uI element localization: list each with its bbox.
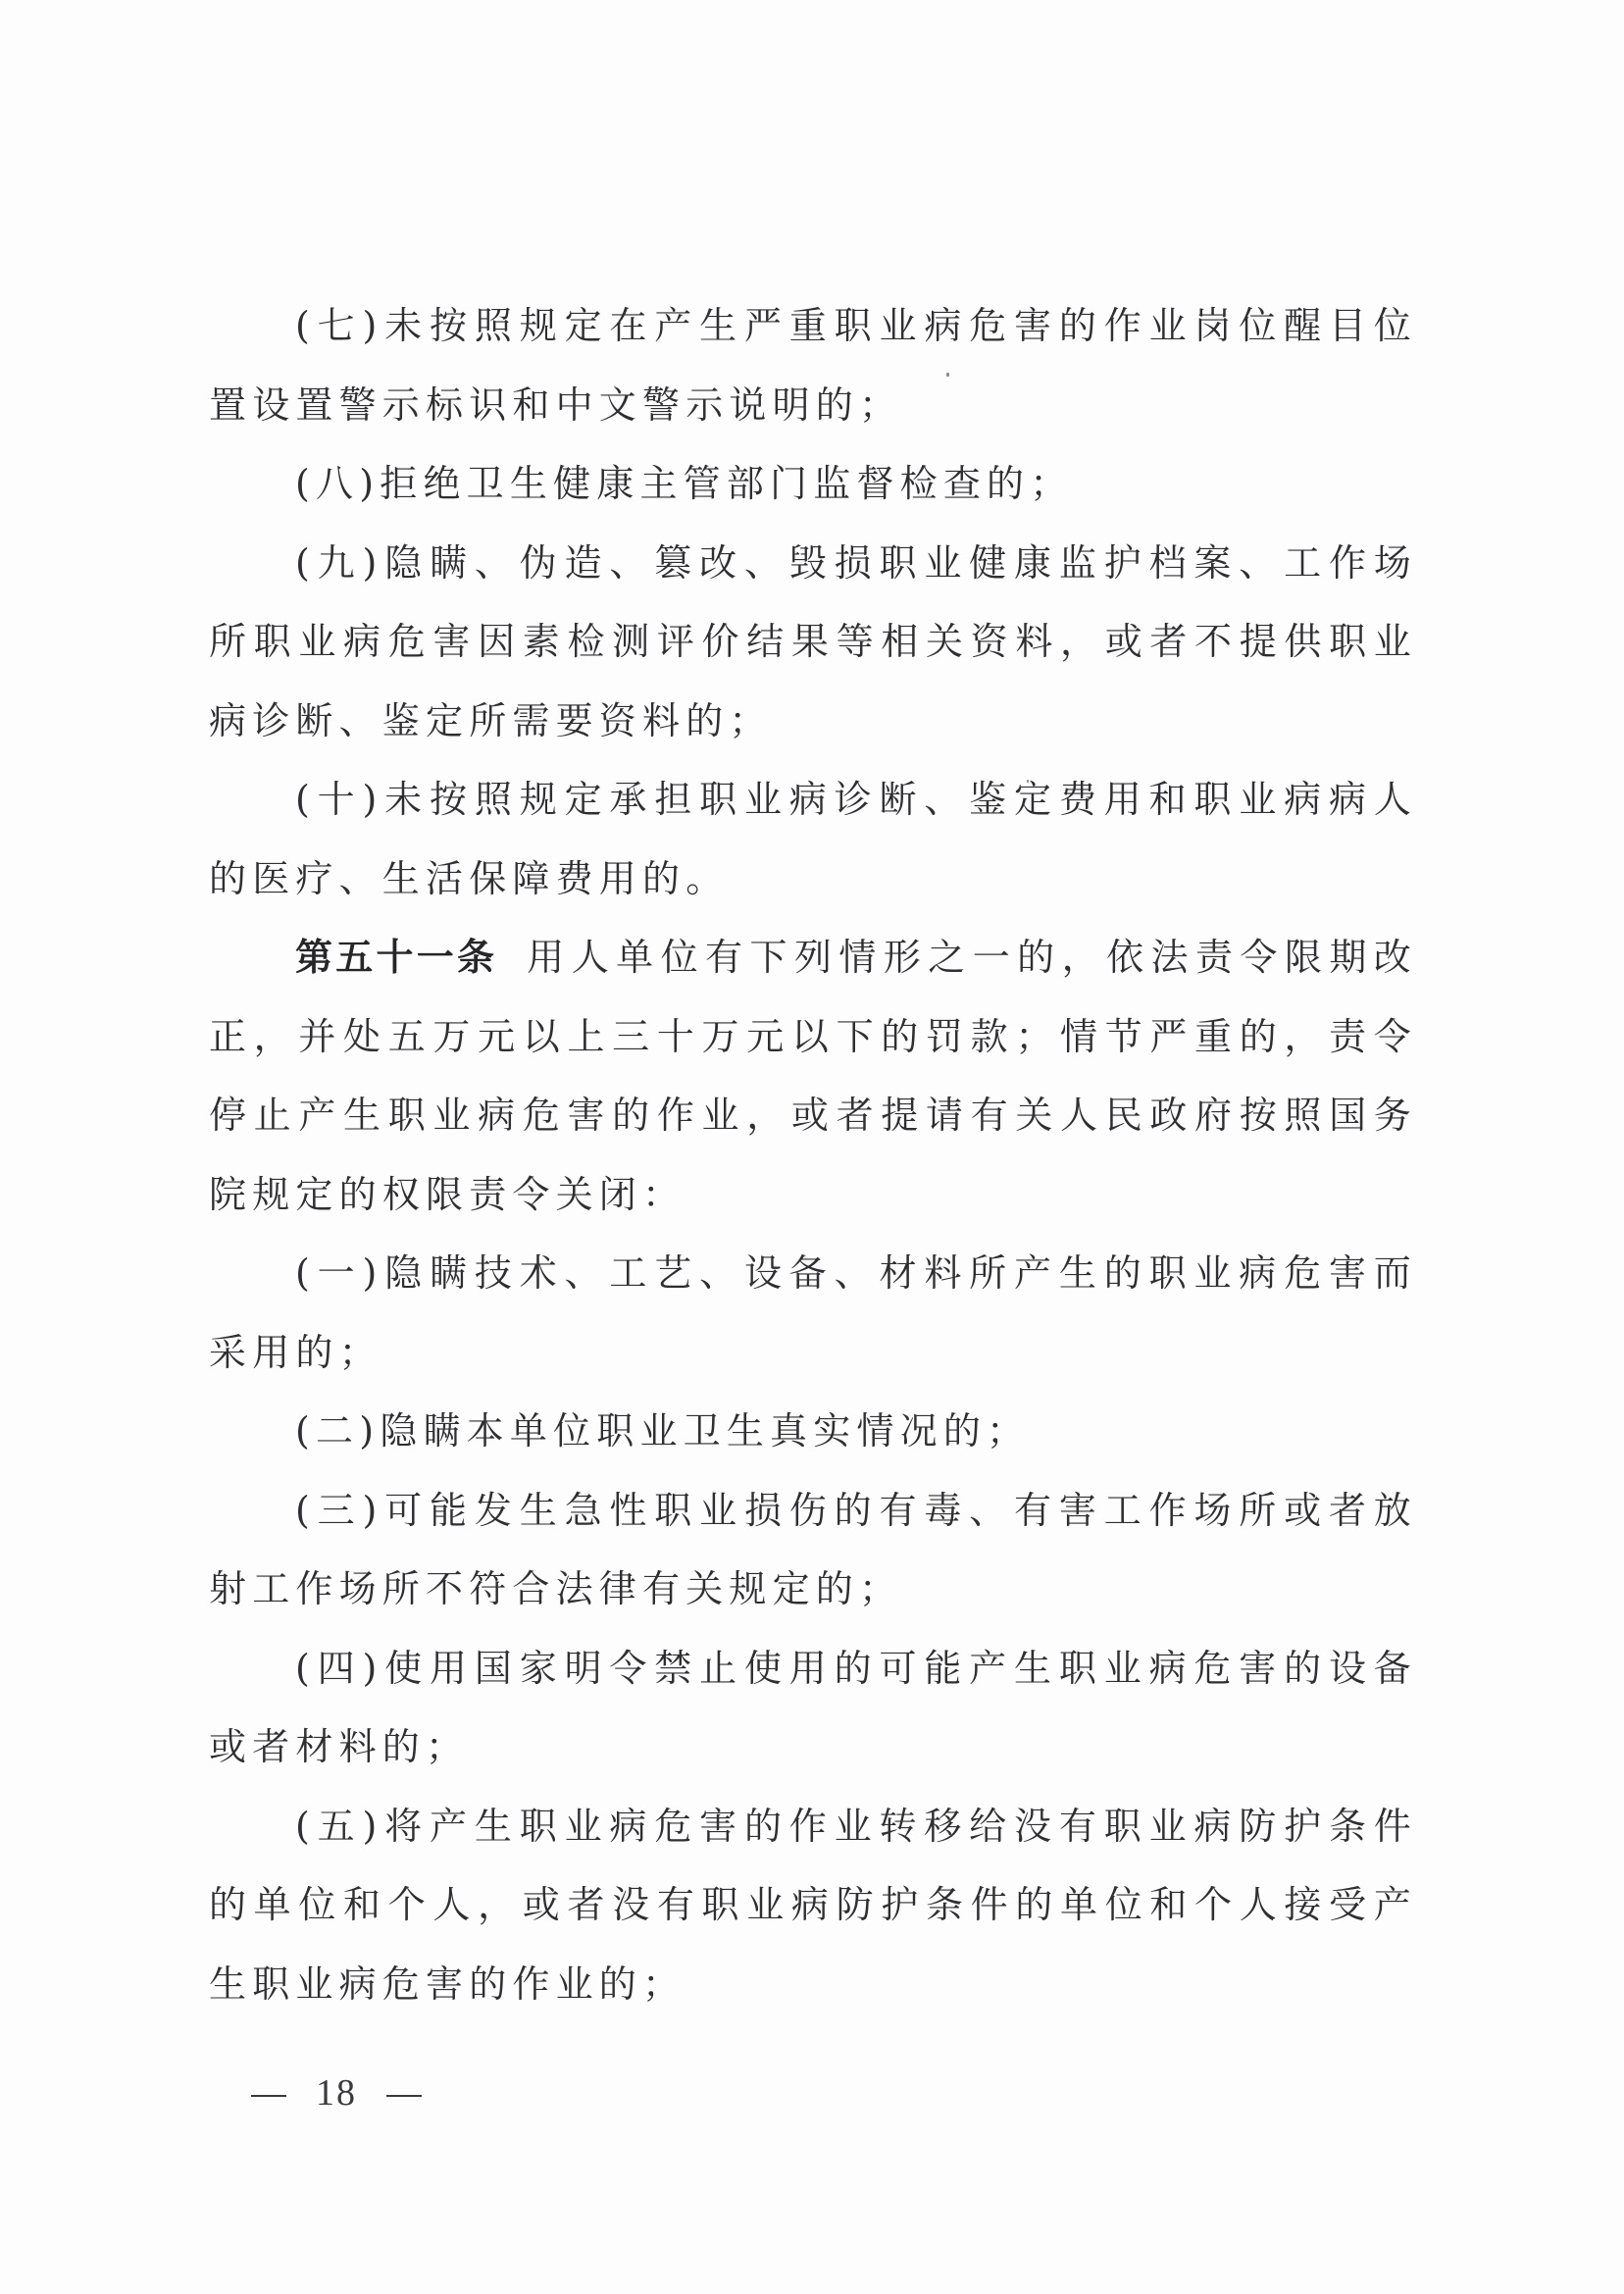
paragraph-text: (十)未按照规定承担职业病诊断、鉴定费用和职业病病人的医疗、生活保障费用的。	[209, 778, 1417, 900]
paragraph-text: (四)使用国家明令禁止使用的可能产生职业病危害的设备或者材料的；	[209, 1647, 1417, 1769]
document-body: (七)未按照规定在产生严重职业病危害的作业岗位醒目位置设置警示标识和中文警示说明…	[209, 286, 1417, 2023]
list-item-7: (七)未按照规定在产生严重职业病危害的作业岗位醒目位置设置警示标识和中文警示说明…	[209, 286, 1417, 444]
article-51-list-item-3: (三)可能发生急性职业损伤的有毒、有害工作场所或者放射工作场所不符合法律有关规定…	[209, 1471, 1417, 1629]
page-number-dash-left	[251, 2095, 286, 2097]
paragraph-text: (九)隐瞒、伪造、篡改、毁损职业健康监护档案、工作场所职业病危害因素检测评价结果…	[209, 541, 1417, 742]
article-51-list-item-1: (一)隐瞒技术、工艺、设备、材料所产生的职业病危害而采用的；	[209, 1234, 1417, 1392]
list-item-10: (十)未按照规定承担职业病诊断、鉴定费用和职业病病人的医疗、生活保障费用的。	[209, 760, 1417, 918]
article-51-paragraph: 第五十一条用人单位有下列情形之一的，依法责令限期改正，并处五万元以上三十万元以下…	[209, 918, 1417, 1234]
paragraph-text: (一)隐瞒技术、工艺、设备、材料所产生的职业病危害而采用的；	[209, 1251, 1417, 1374]
paragraph-text: (三)可能发生急性职业损伤的有毒、有害工作场所或者放射工作场所不符合法律有关规定…	[209, 1489, 1417, 1611]
paragraph-text: (二)隐瞒本单位职业卫生真实情况的；	[295, 1409, 1030, 1453]
article-number: 第五十一条	[295, 936, 497, 979]
list-item-9: (九)隐瞒、伪造、篡改、毁损职业健康监护档案、工作场所职业病危害因素检测评价结果…	[209, 524, 1417, 761]
article-51-list-item-2: (二)隐瞒本单位职业卫生真实情况的；	[209, 1392, 1417, 1471]
article-51-list-item-4: (四)使用国家明令禁止使用的可能产生职业病危害的设备或者材料的；	[209, 1629, 1417, 1787]
page-number-value: 18	[316, 2072, 357, 2114]
page-number-dash-right	[386, 2095, 422, 2097]
paragraph-text: (五)将产生职业病危害的作业转移给没有职业病防护条件的单位和个人，或者没有职业病…	[209, 1805, 1417, 2006]
document-page: (七)未按照规定在产生严重职业病危害的作业岗位醒目位置设置警示标识和中文警示说明…	[0, 0, 1624, 2294]
paragraph-text: (七)未按照规定在产生严重职业病危害的作业岗位醒目位置设置警示标识和中文警示说明…	[209, 304, 1417, 427]
page-number: 18	[251, 2071, 451, 2115]
article-51-list-item-5: (五)将产生职业病危害的作业转移给没有职业病防护条件的单位和个人，或者没有职业病…	[209, 1787, 1417, 2024]
paragraph-text: (八)拒绝卫生健康主管部门监督检查的；	[295, 462, 1073, 505]
list-item-8: (八)拒绝卫生健康主管部门监督检查的；	[209, 444, 1417, 524]
